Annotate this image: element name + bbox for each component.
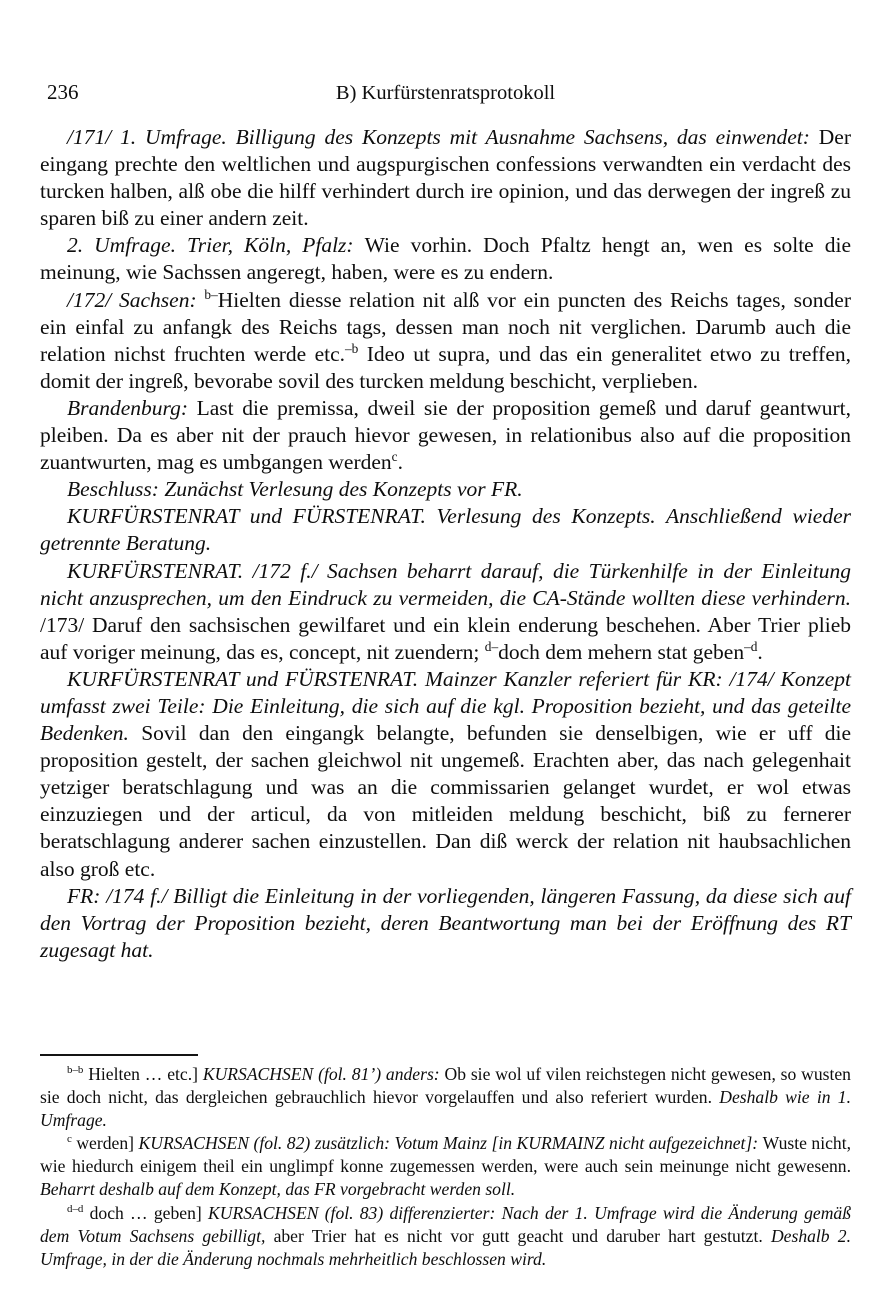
text-run: KURSACHSEN (fol. 81’) anders: xyxy=(203,1064,445,1084)
note-marker: d–d xyxy=(67,1203,83,1215)
text-run: Beschluss: Zunächst Verlesung des Konzep… xyxy=(67,477,523,501)
text-run: KURFÜRSTENRAT und FÜRSTENRAT. Verlesung … xyxy=(40,504,851,555)
paragraph-3: /172/ Sachsen: b–Hielten diesse relation… xyxy=(40,287,851,395)
paragraph-6: KURFÜRSTENRAT und FÜRSTENRAT. Verlesung … xyxy=(40,503,851,557)
footnote-list: b–b Hielten … etc.] KURSACHSEN (fol. 81’… xyxy=(40,1063,851,1271)
paragraph-5: Beschluss: Zunächst Verlesung des Konzep… xyxy=(40,476,851,503)
paragraph-1: /171/ 1. Umfrage. Billigung des Konzepts… xyxy=(40,124,851,232)
main-text-block: /171/ 1. Umfrage. Billigung des Konzepts… xyxy=(40,124,851,964)
footnote-1: b–b Hielten … etc.] KURSACHSEN (fol. 81’… xyxy=(40,1063,851,1132)
text-run: doch … geben] xyxy=(83,1203,208,1223)
text-run: doch dem mehern stat geben xyxy=(498,640,744,664)
text-run: . xyxy=(757,640,762,664)
scanned-book-page: 236 B) Kurfürstenratsprotokoll /171/ 1. … xyxy=(0,0,891,1300)
note-marker: b–b xyxy=(67,1064,83,1076)
note-marker: d– xyxy=(485,639,498,654)
paragraph-8: KURFÜRSTENRAT und FÜRSTENRAT. Mainzer Ka… xyxy=(40,666,851,883)
paragraph-7: KURFÜRSTENRAT. /172 f./ Sachsen beharrt … xyxy=(40,558,851,666)
text-run: FR: /174 f./ Billigt die Einleitung in d… xyxy=(40,884,851,962)
footnote-3: d–d doch … geben] KURSACHSEN (fol. 83) d… xyxy=(40,1202,851,1271)
footnote-block: b–b Hielten … etc.] KURSACHSEN (fol. 81’… xyxy=(40,1054,851,1271)
text-run: Beharrt deshalb auf dem Konzept, das FR … xyxy=(40,1179,515,1199)
note-marker: –d xyxy=(744,639,757,654)
text-run: /172/ Sachsen: xyxy=(67,288,204,312)
paragraph-9: FR: /174 f./ Billigt die Einleitung in d… xyxy=(40,883,851,964)
text-run: aber Trier hat es nicht vor gutt geacht … xyxy=(274,1226,771,1246)
text-run: . xyxy=(398,450,403,474)
paragraph-4: Brandenburg: Last die premissa, dweil si… xyxy=(40,395,851,476)
text-run: KURSACHSEN (fol. 82) zusätzlich: Votum M… xyxy=(139,1133,763,1153)
text-run: Brandenburg: xyxy=(67,396,197,420)
paragraph-2: 2. Umfrage. Trier, Köln, Pfalz: Wie vorh… xyxy=(40,232,851,286)
text-run: Hielten … etc.] xyxy=(83,1064,202,1084)
note-marker: b– xyxy=(204,286,217,301)
footnote-separator xyxy=(40,1054,198,1056)
text-run: KURFÜRSTENRAT. /172 f./ Sachsen beharrt … xyxy=(40,559,851,610)
note-marker: –b xyxy=(345,341,358,356)
text-run: /171/ 1. Umfrage. Billigung des Konzepts… xyxy=(67,125,819,149)
text-run: 2. Umfrage. Trier, Köln, Pfalz: xyxy=(67,233,365,257)
text-run: werden] xyxy=(72,1133,139,1153)
running-head: B) Kurfürstenratsprotokoll xyxy=(40,81,851,105)
footnote-2: c werden] KURSACHSEN (fol. 82) zusätzlic… xyxy=(40,1132,851,1201)
text-run: Sovil dan den eingangk belangte, befunde… xyxy=(40,721,851,880)
